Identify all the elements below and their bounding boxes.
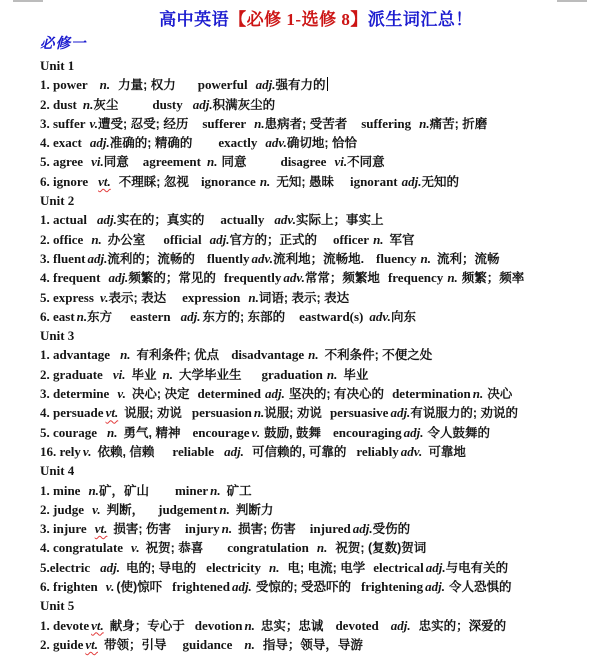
pos-abbrev: adj. <box>426 560 446 575</box>
pos-abbrev: adj. <box>404 425 424 440</box>
chinese-gloss: 表示; 表达 <box>108 291 166 305</box>
pos-abbrev: n. <box>210 483 220 498</box>
pos-abbrev: n. <box>327 367 337 382</box>
chinese-gloss: 忠实；忠诚 <box>261 619 324 633</box>
english-word: congratulation <box>227 540 309 555</box>
pos-abbrev: adv. <box>252 251 274 266</box>
chinese-gloss: 无知; 愚昧 <box>276 175 334 189</box>
chinese-gloss: 办公室 <box>108 233 146 247</box>
pos-abbrev: v. <box>131 540 140 555</box>
chinese-gloss: 遭受; 忍受; 经历 <box>98 117 188 131</box>
english-word: 2. graduate <box>40 367 103 382</box>
english-word: frequently <box>224 270 282 285</box>
pos-abbrev: vi. <box>334 154 347 169</box>
english-word: 5. express <box>40 290 94 305</box>
chinese-gloss: 令人恐惧的 <box>449 580 512 594</box>
english-word: sufferer <box>202 116 246 131</box>
english-word: 2. judge <box>40 502 84 517</box>
english-word: fluency <box>376 251 416 266</box>
pos-abbrev: n. <box>244 637 254 652</box>
english-word: determined <box>198 386 262 401</box>
vocab-line[interactable]: 3. sufferv.遭受; 忍受; 经历sufferern.患病者; 受苦者s… <box>40 114 592 133</box>
chinese-gloss: 流利的；流畅的 <box>107 252 195 266</box>
pos-abbrev: n. <box>207 154 217 169</box>
english-word: 5. agree <box>40 154 83 169</box>
chinese-gloss: 词语; 表示; 表达 <box>259 291 349 305</box>
title-prefix: 高中英语 <box>159 10 229 29</box>
chinese-gloss: 忠实的；深爱的 <box>419 619 507 633</box>
pos-abbrev: n. <box>100 77 110 92</box>
english-word: frequency <box>388 270 443 285</box>
pos-abbrev: v. <box>90 116 99 131</box>
unit-heading[interactable]: Unit 5 <box>40 596 592 615</box>
chinese-gloss: 献身；专心于 <box>110 619 185 633</box>
chinese-gloss: 可靠地 <box>428 445 466 459</box>
pos-abbrev-misspelled: vt. <box>91 618 104 633</box>
chinese-gloss: 与电有关的 <box>446 561 509 575</box>
pos-abbrev: adj. <box>100 560 120 575</box>
english-word: exactly <box>218 135 257 150</box>
vocab-line[interactable]: 1. minen.矿，矿山minern.矿工 <box>40 481 592 500</box>
english-word: powerful <box>198 77 248 92</box>
chinese-gloss: 可信赖的, 可靠的 <box>252 445 346 459</box>
vocab-line[interactable]: 6. eastn.东方easternadj.东方的; 东部的eastward(s… <box>40 307 592 326</box>
chinese-gloss: 坚决的; 有决心的 <box>289 387 384 401</box>
english-word: 16. rely <box>40 444 81 459</box>
chinese-gloss: 同意 <box>104 155 129 169</box>
pos-abbrev: n. <box>88 483 98 498</box>
english-word: electricity <box>206 560 261 575</box>
english-word: 3. injure <box>40 521 87 536</box>
pos-abbrev: n. <box>77 309 87 324</box>
pos-abbrev-misspelled: vt. <box>106 405 119 420</box>
unit-heading-label: Unit 2 <box>40 193 74 208</box>
pos-abbrev: adj. <box>88 251 108 266</box>
english-word: 4. exact <box>40 135 82 150</box>
chinese-gloss: 决心 <box>487 387 512 401</box>
document-page: { "title": { "prefix": "高中英语", "bracket"… <box>0 0 600 656</box>
english-word: 1. power <box>40 77 88 92</box>
pos-abbrev: v. <box>83 444 92 459</box>
pos-abbrev: n. <box>269 560 279 575</box>
english-word: guidance <box>183 637 233 652</box>
chinese-gloss: 积满灰尘的 <box>213 98 276 112</box>
pos-abbrev: v. <box>252 425 261 440</box>
vocab-list: Unit 11. powern.力量; 权力powerfuladj.强有力的2.… <box>40 56 592 654</box>
unit-heading-label: Unit 3 <box>40 328 74 343</box>
english-word: 4. frequent <box>40 270 100 285</box>
unit-heading-label: Unit 4 <box>40 463 74 478</box>
chinese-gloss: 勇气, 精神 <box>124 426 181 440</box>
english-word: persuasion <box>192 405 252 420</box>
pos-abbrev: adv. <box>274 212 296 227</box>
pos-abbrev: n. <box>91 232 101 247</box>
english-word: actually <box>220 212 264 227</box>
unit-heading[interactable]: Unit 1 <box>40 56 592 75</box>
chinese-gloss: 祝贺; 恭喜 <box>146 541 204 555</box>
english-word: devoted <box>335 618 378 633</box>
english-word: determination <box>392 386 471 401</box>
chinese-gloss: 官方的；正式的 <box>229 233 317 247</box>
page-margin-mark-right <box>557 0 587 2</box>
pos-abbrev: n. <box>163 367 173 382</box>
pos-abbrev: n. <box>248 290 258 305</box>
vocab-line[interactable]: 1. advantagen.有利条件; 优点disadvantagen.不利条件… <box>40 345 592 364</box>
pos-abbrev: v. <box>117 386 126 401</box>
chinese-gloss: 频繁的；常见的 <box>128 271 216 285</box>
vocab-line[interactable]: 4. frequentadj.频繁的；常见的frequentlyadv.常常；频… <box>40 268 592 287</box>
pos-abbrev: adj. <box>232 579 252 594</box>
pos-abbrev: n. <box>219 502 229 517</box>
english-word: 5.electric <box>40 560 90 575</box>
english-word: agreement <box>143 154 201 169</box>
chinese-gloss: 痛苦; 折磨 <box>430 117 488 131</box>
vocab-line[interactable]: 2. guidevt.带领；引导guidancen.指导；领导，导游 <box>40 635 592 654</box>
english-word: disagree <box>280 154 326 169</box>
english-word: encourage <box>192 425 249 440</box>
page-margin-mark-left <box>13 0 43 2</box>
chinese-gloss: 确切地; 恰恰 <box>287 136 357 150</box>
chinese-gloss: (使)惊吓 <box>116 580 162 594</box>
chinese-gloss: 矿，矿山 <box>99 484 149 498</box>
pos-abbrev: n. <box>222 521 232 536</box>
english-word: disadvantage <box>231 347 304 362</box>
pos-abbrev: adj. <box>224 444 244 459</box>
english-word: graduation <box>262 367 323 382</box>
chinese-gloss: 流利地；流畅地. <box>273 252 364 266</box>
chinese-gloss: 判断， <box>107 503 145 517</box>
english-word: electrical <box>373 560 424 575</box>
english-word: 6. frighten <box>40 579 98 594</box>
english-word: 1. mine <box>40 483 80 498</box>
unit-heading[interactable]: Unit 2 <box>40 191 592 210</box>
pos-abbrev: n. <box>107 425 117 440</box>
english-word: dusty <box>152 97 182 112</box>
pos-abbrev: adj. <box>108 270 128 285</box>
chinese-gloss: 毕业 <box>343 368 368 382</box>
chinese-gloss: 大学毕业生 <box>179 368 242 382</box>
pos-abbrev: adj. <box>265 386 285 401</box>
english-word: 2. office <box>40 232 83 247</box>
pos-abbrev-misspelled: vt. <box>85 637 98 652</box>
vocab-line[interactable]: 1. devotevt.献身；专心于devotionn.忠实；忠诚devoted… <box>40 616 592 635</box>
pos-abbrev: n. <box>419 116 429 131</box>
vocab-line[interactable]: 3. determinev.决心; 决定determinedadj.坚决的; 有… <box>40 384 592 403</box>
english-word: reliable <box>172 444 214 459</box>
pos-abbrev: n. <box>254 405 264 420</box>
chinese-gloss: 不同意 <box>347 155 385 169</box>
chinese-gloss: 同意 <box>221 155 246 169</box>
chinese-gloss: 东方 <box>87 310 112 324</box>
title-suffix: 派生词汇总！ <box>368 10 473 29</box>
pos-abbrev: adv. <box>401 444 423 459</box>
pos-abbrev: adj. <box>181 309 201 324</box>
chinese-gloss: 指导；领导，导游 <box>263 638 363 652</box>
page-title: 高中英语【必修 1-选修 8】派生词汇总！ <box>40 7 592 33</box>
pos-abbrev: adv. <box>283 270 305 285</box>
pos-abbrev: n. <box>83 97 93 112</box>
chinese-gloss: 不利条件; 不便之处 <box>325 348 433 362</box>
document-body[interactable]: 高中英语【必修 1-选修 8】派生词汇总！ 必修一 Unit 11. power… <box>0 0 600 654</box>
chinese-gloss: 损害; 伤害 <box>113 522 171 536</box>
vocab-line[interactable]: 5. couragen.勇气, 精神encouragev.鼓励, 鼓舞encou… <box>40 423 592 442</box>
english-word: 4. persuade <box>40 405 104 420</box>
pos-abbrev: adj. <box>353 521 373 536</box>
chinese-gloss: 令人鼓舞的 <box>428 426 491 440</box>
pos-abbrev: adj. <box>391 618 411 633</box>
text-cursor <box>327 77 329 91</box>
pos-abbrev-misspelled: vt. <box>98 174 111 189</box>
chinese-gloss: 东方的; 东部的 <box>202 310 285 324</box>
pos-abbrev: n. <box>260 174 270 189</box>
english-word: eastern <box>130 309 170 324</box>
chinese-gloss: 流利；流畅 <box>437 252 500 266</box>
unit-heading-label: Unit 1 <box>40 58 74 73</box>
chinese-gloss: 有说服力的; 劝说的 <box>410 406 518 420</box>
chinese-gloss: 有利条件; 优点 <box>137 348 220 362</box>
pos-abbrev: n. <box>308 347 318 362</box>
vocab-line[interactable]: 16. relyv.依赖, 信赖reliableadj.可信赖的, 可靠的rel… <box>40 442 592 461</box>
pos-abbrev: n. <box>421 251 431 266</box>
vocab-line[interactable]: 6. ignorevt.不理睬; 忽视ignorancen.无知; 愚昧igno… <box>40 172 592 191</box>
pos-abbrev: vi. <box>113 367 126 382</box>
pos-abbrev: n. <box>317 540 327 555</box>
english-word: suffering <box>361 116 411 131</box>
english-word: 1. actual <box>40 212 87 227</box>
chinese-gloss: 受伤的 <box>373 522 411 536</box>
english-word: 5. courage <box>40 425 97 440</box>
english-word: 3. suffer <box>40 116 86 131</box>
pos-abbrev: adj. <box>256 77 276 92</box>
chinese-gloss: 说服; 劝说 <box>124 406 182 420</box>
english-word: official <box>163 232 201 247</box>
chinese-gloss: 矿工 <box>227 484 252 498</box>
english-word: ignorant <box>350 174 398 189</box>
vocab-line[interactable]: 2. judgev.判断，judgementn.判断力 <box>40 500 592 519</box>
vocab-line[interactable]: 5. expressv.表示; 表达expressionn.词语; 表示; 表达 <box>40 288 592 307</box>
pos-abbrev: adj. <box>90 135 110 150</box>
vocab-line[interactable]: 5. agreevi.同意agreementn.同意disagreevi.不同意 <box>40 152 592 171</box>
english-word: expression <box>182 290 240 305</box>
vocab-line[interactable]: 6. frightenv.(使)惊吓frightenedadj.受惊的; 受恐吓… <box>40 577 592 596</box>
chinese-gloss: 强有力的 <box>276 78 326 92</box>
pos-abbrev: n. <box>373 232 383 247</box>
english-word: eastward(s) <box>299 309 363 324</box>
chinese-gloss: 带领；引导 <box>104 638 167 652</box>
pos-abbrev: adj. <box>390 405 410 420</box>
english-word: judgement <box>158 502 217 517</box>
english-word: 2. dust <box>40 97 77 112</box>
pos-abbrev: n. <box>254 116 264 131</box>
vocab-line[interactable]: 1. actualadj.实在的；真实的actuallyadv.实际上；事实上 <box>40 210 592 229</box>
english-word: devotion <box>195 618 243 633</box>
vocab-line[interactable]: 4. persuadevt.说服; 劝说persuasionn.说服; 劝说pe… <box>40 403 592 422</box>
english-word: injured <box>310 521 351 536</box>
vocab-line[interactable]: 2. graduatevi.毕业n.大学毕业生graduationn.毕业 <box>40 365 592 384</box>
unit-heading[interactable]: Unit 4 <box>40 461 592 480</box>
chinese-gloss: 依赖, 信赖 <box>97 445 154 459</box>
english-word: persuasive <box>330 405 389 420</box>
english-word: 2. guide <box>40 637 83 652</box>
chinese-gloss: 无知的 <box>422 175 460 189</box>
pos-abbrev: adj. <box>97 212 117 227</box>
english-word: 6. east <box>40 309 75 324</box>
chinese-gloss: 患病者; 受苦者 <box>265 117 348 131</box>
chinese-gloss: 电的; 导电的 <box>126 561 196 575</box>
pos-abbrev: adv. <box>369 309 391 324</box>
english-word: 1. advantage <box>40 347 110 362</box>
section-heading: 必修一 <box>40 33 592 56</box>
pos-abbrev: v. <box>92 502 101 517</box>
english-word: 6. ignore <box>40 174 88 189</box>
chinese-gloss: 力量; 权力 <box>118 78 176 92</box>
vocab-line[interactable]: 4. exactadj.准确的; 精确的exactlyadv.确切地; 恰恰 <box>40 133 592 152</box>
pos-abbrev: n. <box>447 270 457 285</box>
english-word: 3. determine <box>40 386 109 401</box>
unit-heading-label: Unit 5 <box>40 598 74 613</box>
pos-abbrev: adv. <box>265 135 287 150</box>
english-word: frightening <box>361 579 423 594</box>
chinese-gloss: 实在的；真实的 <box>117 213 205 227</box>
english-word: injury <box>185 521 220 536</box>
chinese-gloss: 鼓励, 鼓舞 <box>264 426 321 440</box>
pos-abbrev-misspelled: vt. <box>95 521 108 536</box>
vocab-line[interactable]: 3. fluentadj.流利的；流畅的fluentlyadv.流利地；流畅地.… <box>40 249 592 268</box>
chinese-gloss: 损害; 伤害 <box>238 522 296 536</box>
english-word: miner <box>175 483 208 498</box>
vocab-line[interactable]: 3. injurevt.损害; 伤害injuryn.损害; 伤害injureda… <box>40 519 592 538</box>
vocab-line[interactable]: 1. powern.力量; 权力powerfuladj.强有力的 <box>40 75 592 94</box>
english-word: ignorance <box>201 174 256 189</box>
pos-abbrev: n. <box>473 386 483 401</box>
vocab-line[interactable]: 2. dustn.灰尘dustyadj.积满灰尘的 <box>40 95 592 114</box>
chinese-gloss: 电; 电流; 电学 <box>288 561 366 575</box>
chinese-gloss: 实际上；事实上 <box>296 213 384 227</box>
english-word: officer <box>333 232 369 247</box>
english-word: encouraging <box>333 425 402 440</box>
english-word: frightened <box>172 579 230 594</box>
vocab-line[interactable]: 5.electricadj.电的; 导电的electricityn.电; 电流;… <box>40 558 592 577</box>
english-word: reliably <box>356 444 398 459</box>
chinese-gloss: 向东 <box>391 310 416 324</box>
chinese-gloss: 灰尘 <box>93 98 118 112</box>
chinese-gloss: 毕业 <box>131 368 156 382</box>
chinese-gloss: 频繁；频率 <box>462 271 525 285</box>
title-bracket: 【必修 1-选修 8】 <box>229 10 368 29</box>
pos-abbrev: adj. <box>193 97 213 112</box>
english-word: fluently <box>207 251 250 266</box>
pos-abbrev: vi. <box>91 154 104 169</box>
chinese-gloss: 常常；频繁地 <box>305 271 380 285</box>
pos-abbrev: n. <box>244 618 254 633</box>
chinese-gloss: 受惊的; 受恐吓的 <box>256 580 351 594</box>
pos-abbrev: v. <box>106 579 115 594</box>
unit-heading[interactable]: Unit 3 <box>40 326 592 345</box>
chinese-gloss: 祝贺; (复数)贺词 <box>335 541 426 555</box>
chinese-gloss: 说服; 劝说 <box>264 406 322 420</box>
vocab-line[interactable]: 2. officen.办公室officialadj.官方的；正式的officer… <box>40 230 592 249</box>
english-word: 1. devote <box>40 618 89 633</box>
chinese-gloss: 军官 <box>390 233 415 247</box>
chinese-gloss: 准确的; 精确的 <box>110 136 193 150</box>
chinese-gloss: 判断力 <box>236 503 274 517</box>
pos-abbrev: adj. <box>402 174 422 189</box>
chinese-gloss: 不理睬; 忽视 <box>119 175 189 189</box>
pos-abbrev: adj. <box>210 232 230 247</box>
vocab-line[interactable]: 4. congratulatev.祝贺; 恭喜congratulationn.祝… <box>40 538 592 557</box>
english-word: 4. congratulate <box>40 540 123 555</box>
pos-abbrev: n. <box>120 347 130 362</box>
pos-abbrev: adj. <box>425 579 445 594</box>
english-word: 3. fluent <box>40 251 86 266</box>
chinese-gloss: 决心; 决定 <box>132 387 190 401</box>
